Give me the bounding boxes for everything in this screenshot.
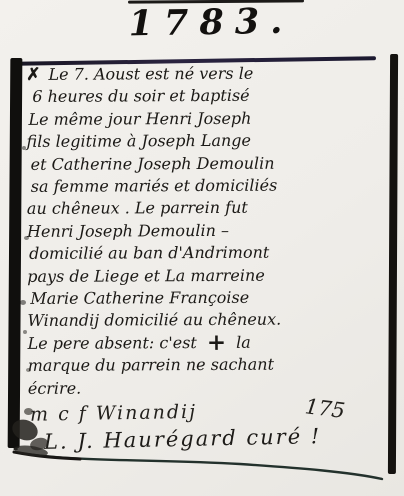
ink-speckle bbox=[23, 330, 27, 334]
bottom-flourish-line bbox=[0, 0, 404, 496]
ink-speckle bbox=[24, 236, 29, 240]
ink-speckle bbox=[22, 146, 26, 150]
ink-speckle bbox=[26, 368, 31, 372]
ink-speckle bbox=[20, 300, 26, 305]
scanned-baptism-record: 1783. ✗Le 7. Aoust est né vers le 6 heur… bbox=[0, 0, 404, 496]
ink-blotch bbox=[24, 408, 33, 415]
